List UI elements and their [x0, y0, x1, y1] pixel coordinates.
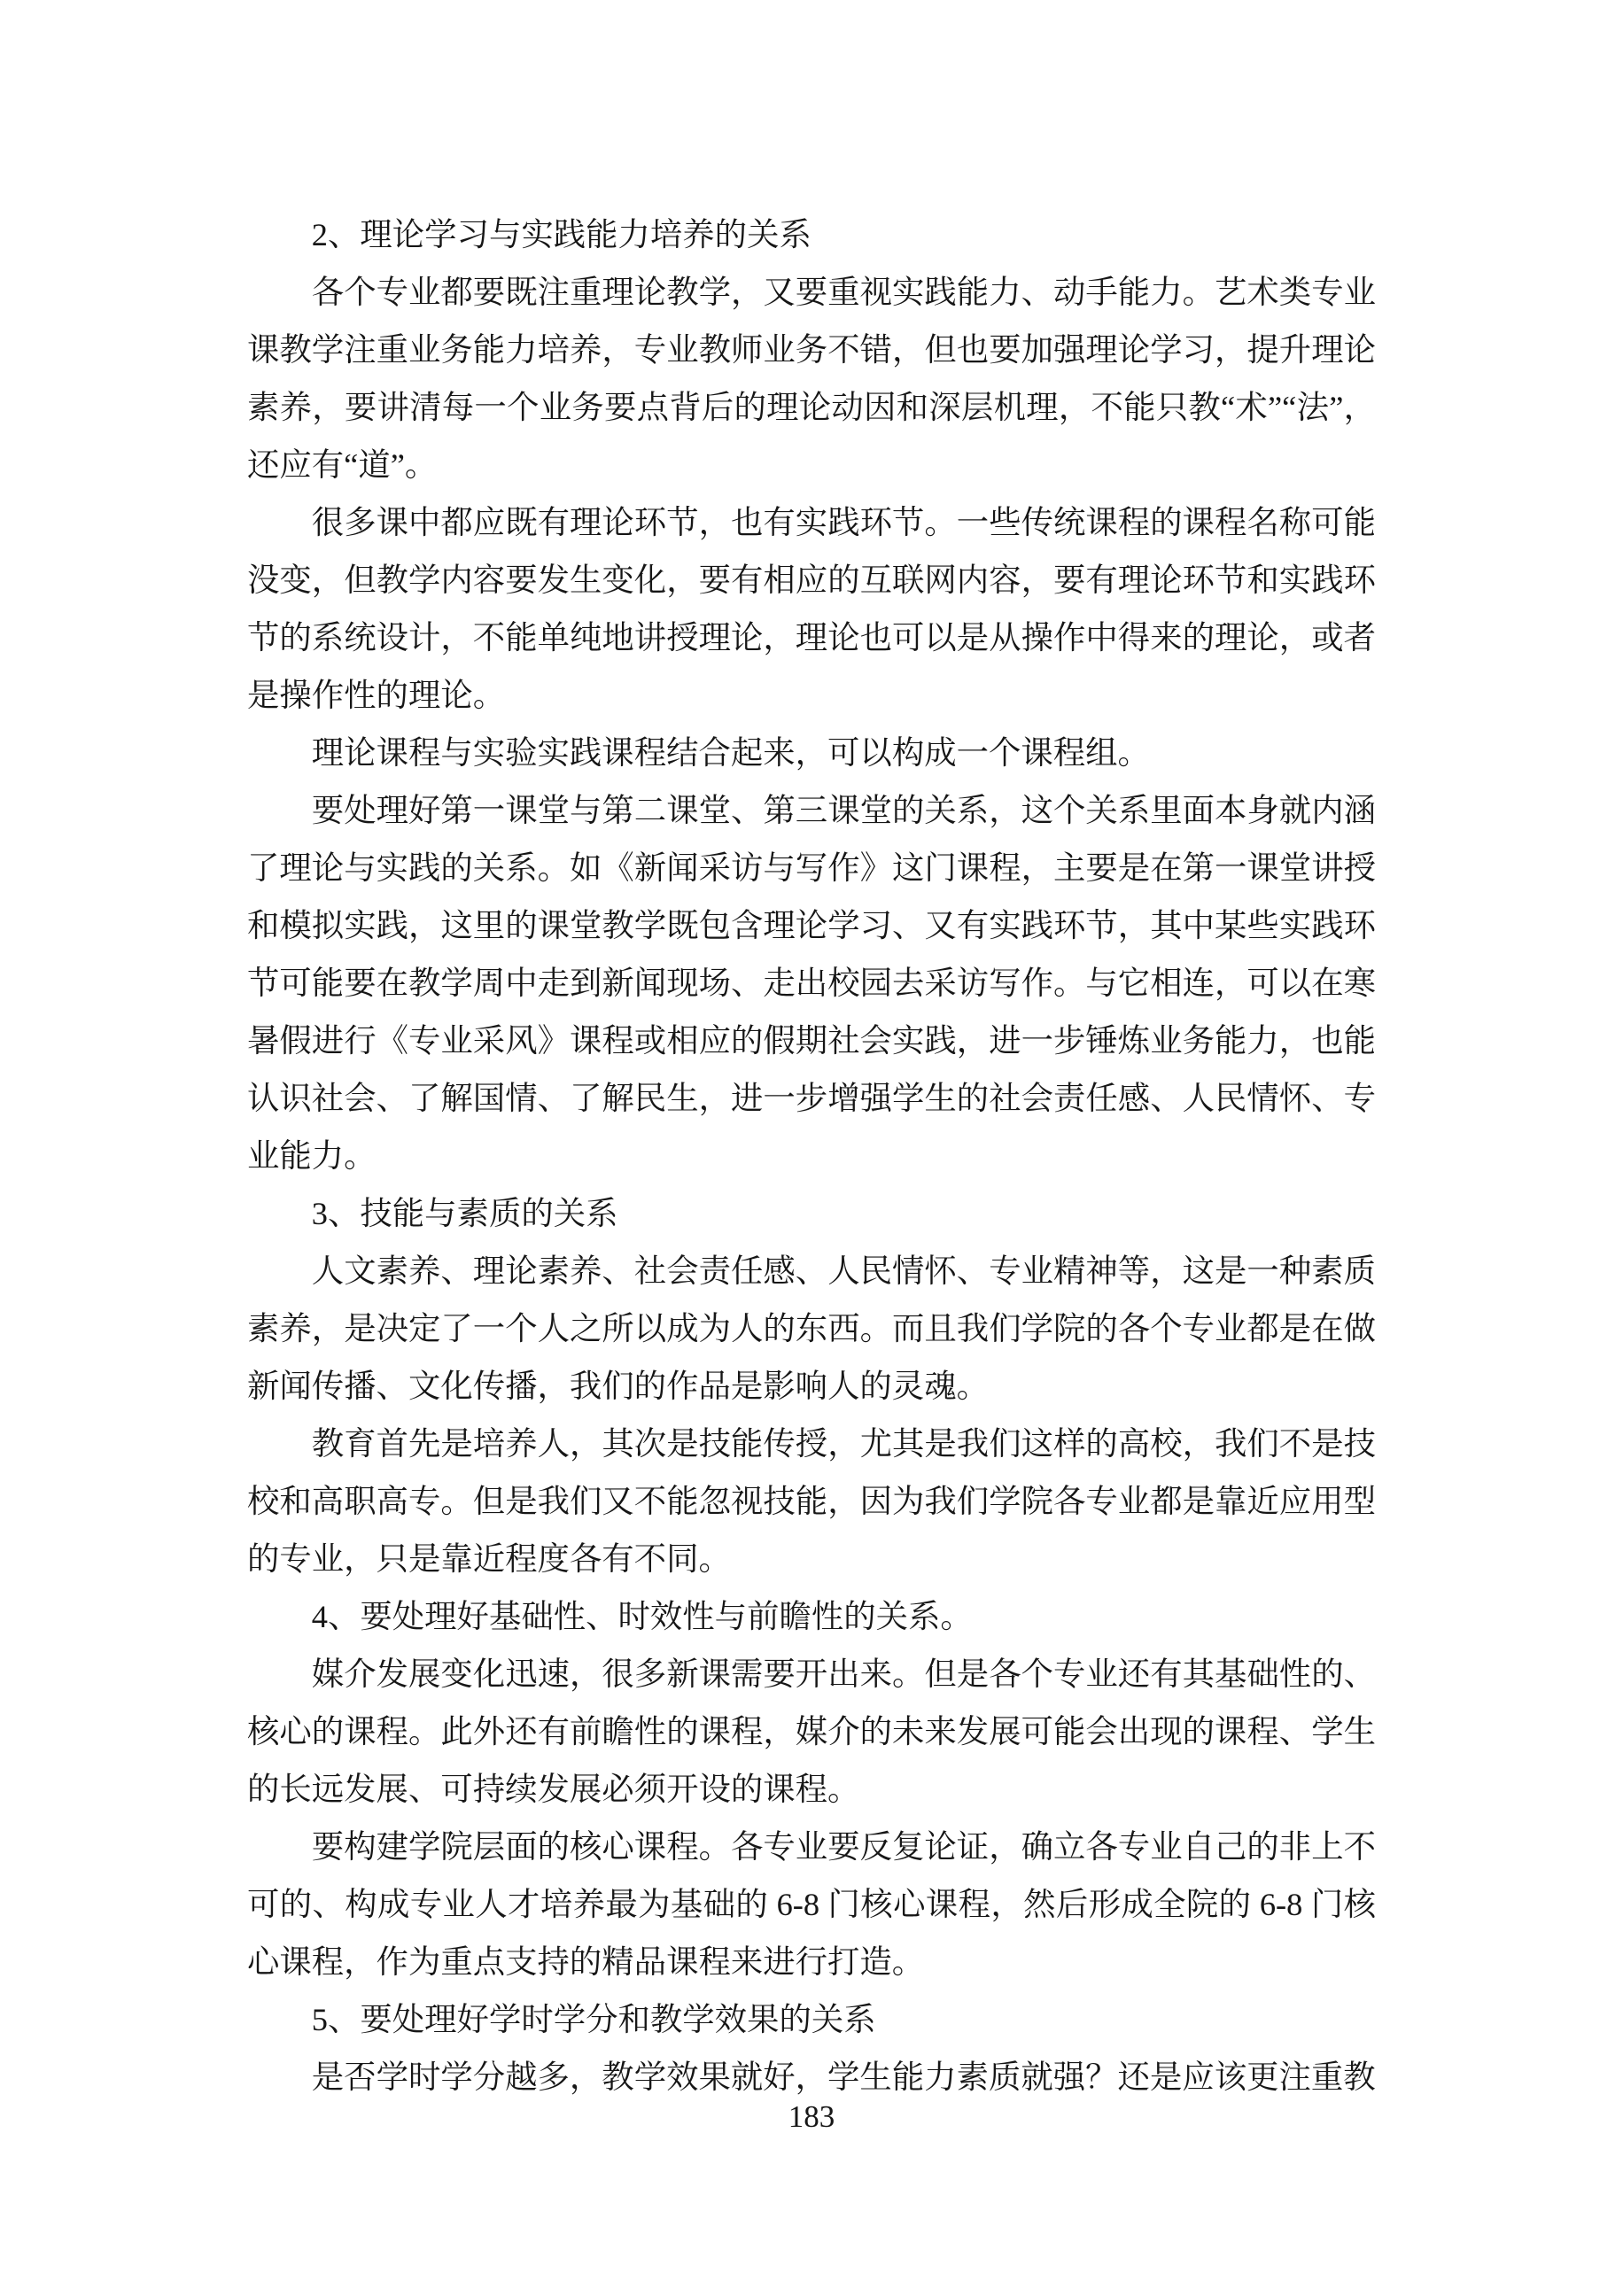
- page-number: 183: [0, 2096, 1623, 2138]
- document-page: 2、理论学习与实践能力培养的关系各个专业都要既注重理论教学，又要重视实践能力、动…: [0, 0, 1623, 2296]
- section-heading: 5、要处理好学时学分和教学效果的关系: [247, 1991, 1376, 2049]
- paragraph: 要构建学院层面的核心课程。各专业要反复论证，确立各专业自己的非上不可的、构成专业…: [247, 1819, 1376, 1991]
- section-heading: 3、技能与素质的关系: [247, 1185, 1376, 1243]
- paragraph: 很多课中都应既有理论环节，也有实践环节。一些传统课程的课程名称可能没变，但教学内…: [247, 494, 1376, 725]
- paragraph: 人文素养、理论素养、社会责任感、人民情怀、专业精神等，这是一种素质素养，是决定了…: [247, 1243, 1376, 1416]
- paragraph: 要处理好第一课堂与第二课堂、第三课堂的关系，这个关系里面本身就内涵了理论与实践的…: [247, 782, 1376, 1185]
- paragraph: 各个专业都要既注重理论教学，又要重视实践能力、动手能力。艺术类专业课教学注重业务…: [247, 264, 1376, 494]
- paragraph: 理论课程与实验实践课程结合起来，可以构成一个课程组。: [247, 725, 1376, 782]
- section-heading: 4、要处理好基础性、时效性与前瞻性的关系。: [247, 1588, 1376, 1646]
- section-heading: 2、理论学习与实践能力培养的关系: [247, 206, 1376, 264]
- paragraph: 教育首先是培养人，其次是技能传授，尤其是我们这样的高校，我们不是技校和高职高专。…: [247, 1416, 1376, 1588]
- paragraph: 媒介发展变化迅速，很多新课需要开出来。但是各个专业还有其基础性的、核心的课程。此…: [247, 1646, 1376, 1819]
- document-body: 2、理论学习与实践能力培养的关系各个专业都要既注重理论教学，又要重视实践能力、动…: [247, 206, 1376, 2106]
